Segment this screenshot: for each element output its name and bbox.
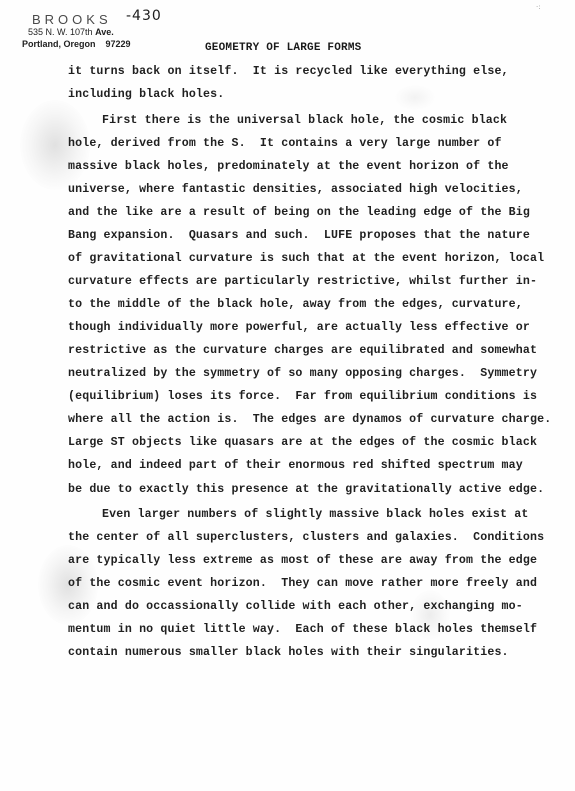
corner-speck: ·:: [536, 3, 550, 11]
text-line: (equilibrium) loses its force. Far from …: [68, 390, 537, 403]
text-line: neutralized by the symmetry of so many o…: [68, 367, 537, 380]
stamp-city-text: Portland, Oregon: [22, 39, 96, 49]
stamp-street-suffix: Ave.: [95, 27, 114, 37]
text-line: Even larger numbers of slightly massive …: [102, 508, 528, 521]
stamp-number: -430: [126, 8, 162, 24]
text-line: though individually more powerful, are a…: [68, 321, 530, 334]
text-line: curvature effects are particularly restr…: [68, 275, 537, 288]
stamp-city: Portland, Oregon97229: [22, 39, 131, 49]
text-line: restrictive as the curvature charges are…: [68, 344, 537, 357]
text-line: where all the action is. The edges are d…: [68, 413, 551, 426]
text-line: mentum in no quiet little way. Each of t…: [68, 623, 537, 636]
text-line: of the cosmic event horizon. They can mo…: [68, 577, 537, 590]
stamp-street-text: 535 N. W. 107th: [28, 27, 93, 37]
text-line: massive black holes, predominately at th…: [68, 160, 509, 173]
text-line: universe, where fantastic densities, ass…: [68, 183, 523, 196]
paper-smudge: [395, 85, 435, 110]
text-line: Large ST objects like quasars are at the…: [68, 436, 537, 449]
stamp-street: 535 N. W. 107th Ave.: [28, 27, 114, 37]
page-title: GEOMETRY OF LARGE FORMS: [205, 42, 361, 54]
text-line: it turns back on itself. It is recycled …: [68, 65, 509, 78]
stamp-zip: 97229: [106, 39, 131, 49]
text-line: are typically less extreme as most of th…: [68, 554, 537, 567]
text-line: the center of all superclusters, cluster…: [68, 531, 544, 544]
text-line: hole, derived from the S. It contains a …: [68, 137, 502, 150]
text-line: can and do occassionally collide with ea…: [68, 600, 523, 613]
text-line: be due to exactly this presence at the g…: [68, 483, 544, 496]
text-line: including black holes.: [68, 88, 224, 101]
document-page: ·: BROOKS -430 535 N. W. 107th Ave. Port…: [0, 0, 575, 791]
text-line: to the middle of the black hole, away fr…: [68, 298, 523, 311]
stamp-name: BROOKS: [32, 12, 112, 27]
text-line: hole, and indeed part of their enormous …: [68, 459, 523, 472]
text-line: and the like are a result of being on th…: [68, 206, 530, 219]
text-line: of gravitational curvature is such that …: [68, 252, 544, 265]
text-line: contain numerous smaller black holes wit…: [68, 646, 509, 659]
text-line: Bang expansion. Quasars and such. LUFE p…: [68, 229, 530, 242]
text-line: First there is the universal black hole,…: [102, 114, 507, 127]
